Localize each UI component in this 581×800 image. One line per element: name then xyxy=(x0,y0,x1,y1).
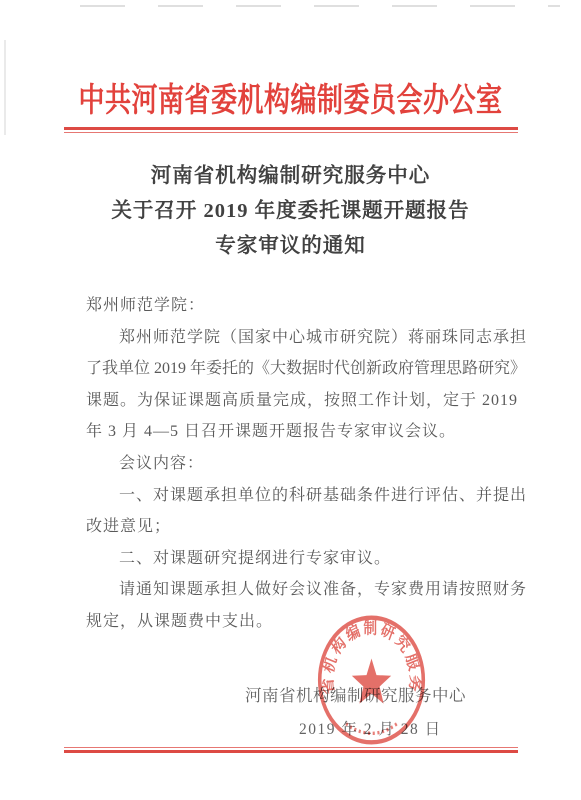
letterhead-org-name: 中共河南省委机构编制委员会办公室 xyxy=(0,74,581,121)
letterhead-rule xyxy=(64,127,518,133)
document-title: 河南省机构编制研究服务中心 关于召开 2019 年度委托课题开题报告 专家审议的… xyxy=(0,159,581,264)
body-line-5: 年 3 月 4—5 日召开课题开题报告专家审议会议。 xyxy=(86,416,544,448)
title-line-1: 河南省机构编制研究服务中心 xyxy=(0,159,581,194)
seal-micro-marks xyxy=(346,724,397,734)
body-line-6: 会议内容： xyxy=(86,448,544,480)
letterhead-rule-thin xyxy=(64,132,518,133)
body-line-8: 改进意见； xyxy=(86,511,544,543)
seal-star-icon xyxy=(352,658,391,703)
title-line-2: 关于召开 2019 年度委托课题开题报告 xyxy=(0,194,581,229)
body-text: 郑州师范学院： 郑州师范学院（国家中心城市研究院）蒋丽珠同志承担 了我单位 20… xyxy=(86,290,544,638)
body-line-4: 课题。为保证课题高质量完成，按照工作计划，定于 2019 xyxy=(86,385,544,417)
document-page: 中共河南省委机构编制委员会办公室 河南省机构编制研究服务中心 关于召开 2019… xyxy=(0,0,581,800)
footer-rule-thin xyxy=(64,747,518,748)
footer-rule xyxy=(64,747,518,753)
official-seal: 河南省机构编制研究服务中心 xyxy=(315,612,428,748)
footer-rule-thick xyxy=(64,750,518,753)
title-line-3: 专家审议的通知 xyxy=(0,229,581,264)
body-line-3: 了我单位 2019 年委托的《大数据时代创新政府管理思路研究》 xyxy=(86,353,544,385)
body-line-2: 郑州师范学院（国家中心城市研究院）蒋丽珠同志承担 xyxy=(86,322,544,354)
body-line-10: 请通知课题承担人做好会议准备，专家费用请按照财务 xyxy=(86,574,544,606)
body-line-salutation: 郑州师范学院： xyxy=(86,290,544,322)
body-line-7: 一、对课题承担单位的科研基础条件进行评估、并提出 xyxy=(86,480,544,512)
scan-artifact-top xyxy=(80,5,560,7)
body-line-9: 二、对课题研究提纲进行专家审议。 xyxy=(86,543,544,575)
